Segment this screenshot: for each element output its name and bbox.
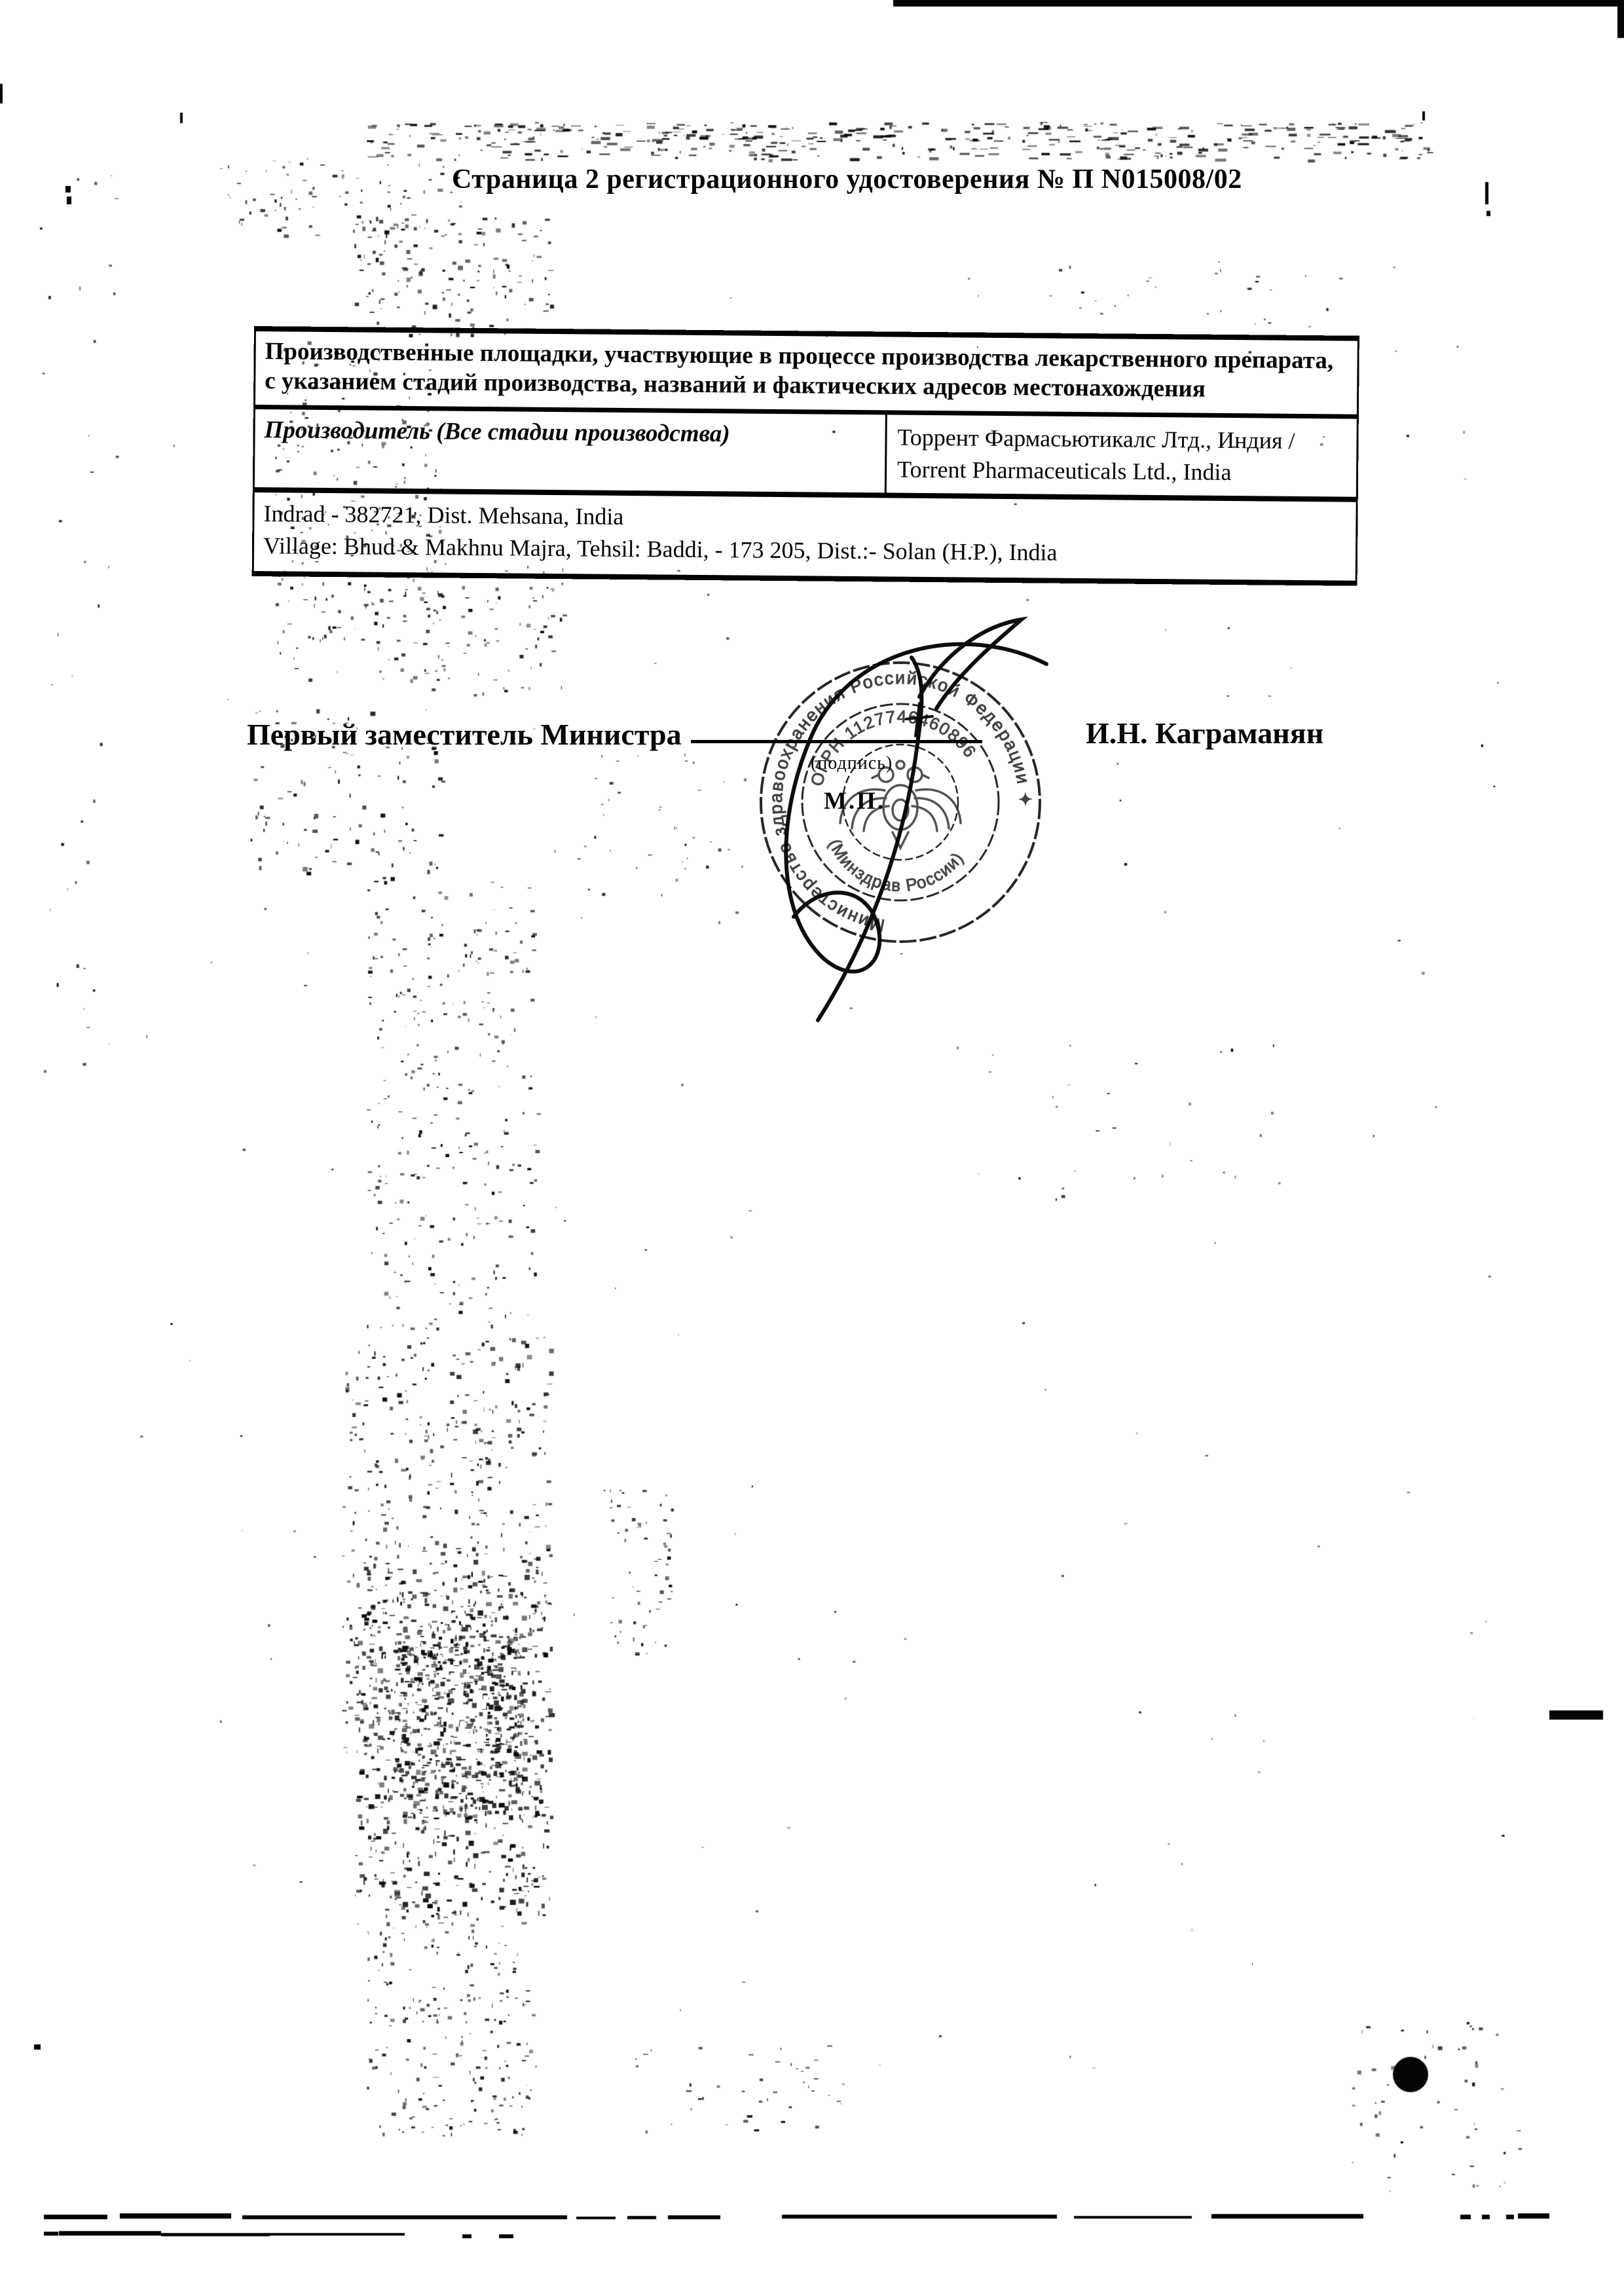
signature-caption: (подпись) [811, 753, 893, 774]
signatory-name: И.Н. Каграманян [1086, 716, 1323, 750]
page-title: Страница 2 регистрационного удостоверени… [452, 164, 1369, 195]
producer-label-cell: Производитель (Все стадии производства) [255, 409, 887, 493]
signature-line [691, 740, 982, 743]
signatory-title: Первый заместитель Министра [247, 717, 682, 752]
scanned-document-page: Страница 2 регистрационного удостоверени… [0, 0, 1624, 2288]
seal-place-mark: М.П. [824, 787, 885, 815]
table-header-cell: Производственные площадки, участвующие в… [255, 326, 1357, 419]
production-sites-table: Производственные площадки, участвующие в… [252, 326, 1359, 585]
stamp-outer-ring-text: Министерство здравоохранения Российской … [766, 668, 1035, 936]
producer-value-en: Torrent Pharmaceuticals Ltd., India [897, 453, 1350, 489]
producer-value-cell: Торрент Фармасьютикалс Лтд., Индия / Tor… [887, 415, 1357, 497]
stamp-minzdrav-text: (Минздрав России) [825, 836, 968, 896]
ministry-round-stamp: Министерство здравоохранения Российской … [761, 663, 1040, 942]
handwritten-signature [786, 619, 1046, 1020]
table-producer-row: Производитель (Все стадии производства) … [255, 409, 1357, 502]
stamp-ogrn-text: ОГРН 1127746460896 [807, 707, 981, 788]
producer-value-ru: Торрент Фармасьютикалс Лтд., Индия / [897, 422, 1350, 458]
table-address-row: Indrad - 382721, Dist. Mehsana, India Vi… [254, 492, 1356, 585]
